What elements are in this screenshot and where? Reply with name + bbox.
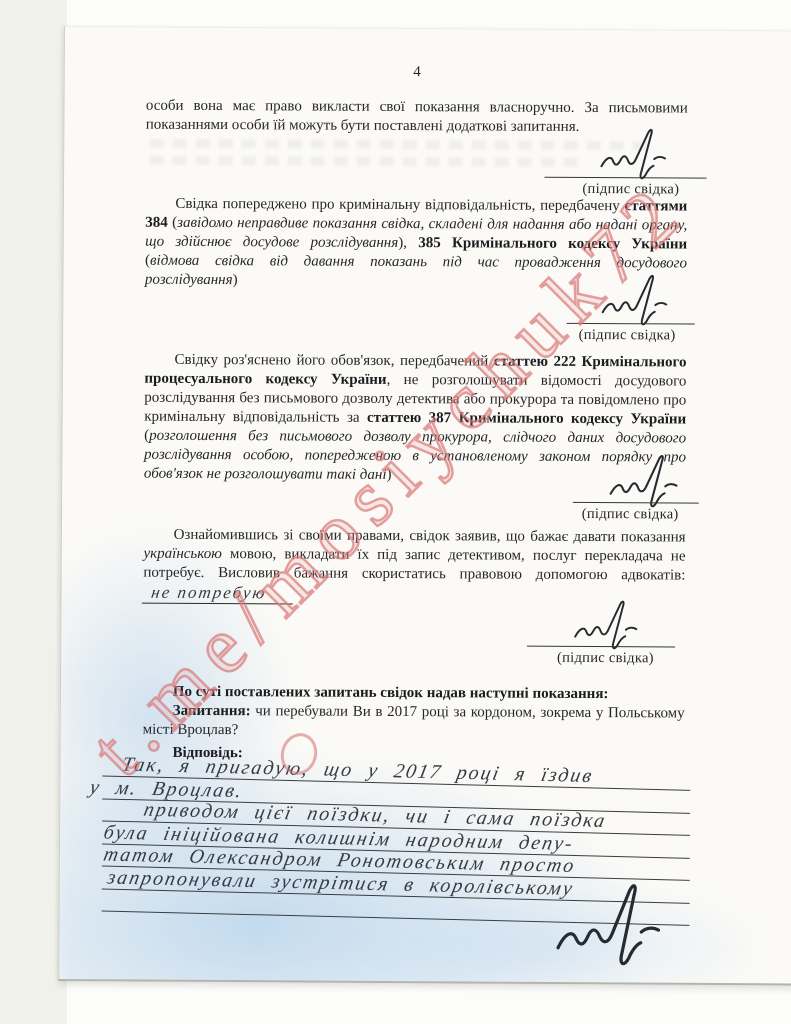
- answer-lines: Так, я пригадую, що у 2017 році я їздиву…: [0, 0, 791, 2]
- signature-caption: (підпис свідка): [557, 650, 654, 668]
- scanned-document-photo: 4 особи вона має право викласти свої пок…: [0, 0, 791, 1024]
- witness-signature: [585, 273, 683, 328]
- signature-caption: (підпис свідка): [582, 506, 679, 524]
- paragraph-rights-language: Ознайомившись зі своїми правами, свідок …: [143, 526, 685, 607]
- page-number: 4: [146, 63, 688, 83]
- witness-signature: [559, 599, 651, 651]
- signature-caption: (підпис свідка): [579, 327, 676, 345]
- question-paragraph: Запитання: чи перебували Ви в 2017 році …: [143, 702, 685, 743]
- witness-signature: [596, 453, 690, 509]
- signature-caption: (підпис свідка): [582, 181, 679, 199]
- witness-signature: [587, 127, 677, 181]
- bleed-through-text: [150, 139, 650, 151]
- bleed-through-text: [150, 156, 580, 167]
- witness-signature: [539, 880, 675, 972]
